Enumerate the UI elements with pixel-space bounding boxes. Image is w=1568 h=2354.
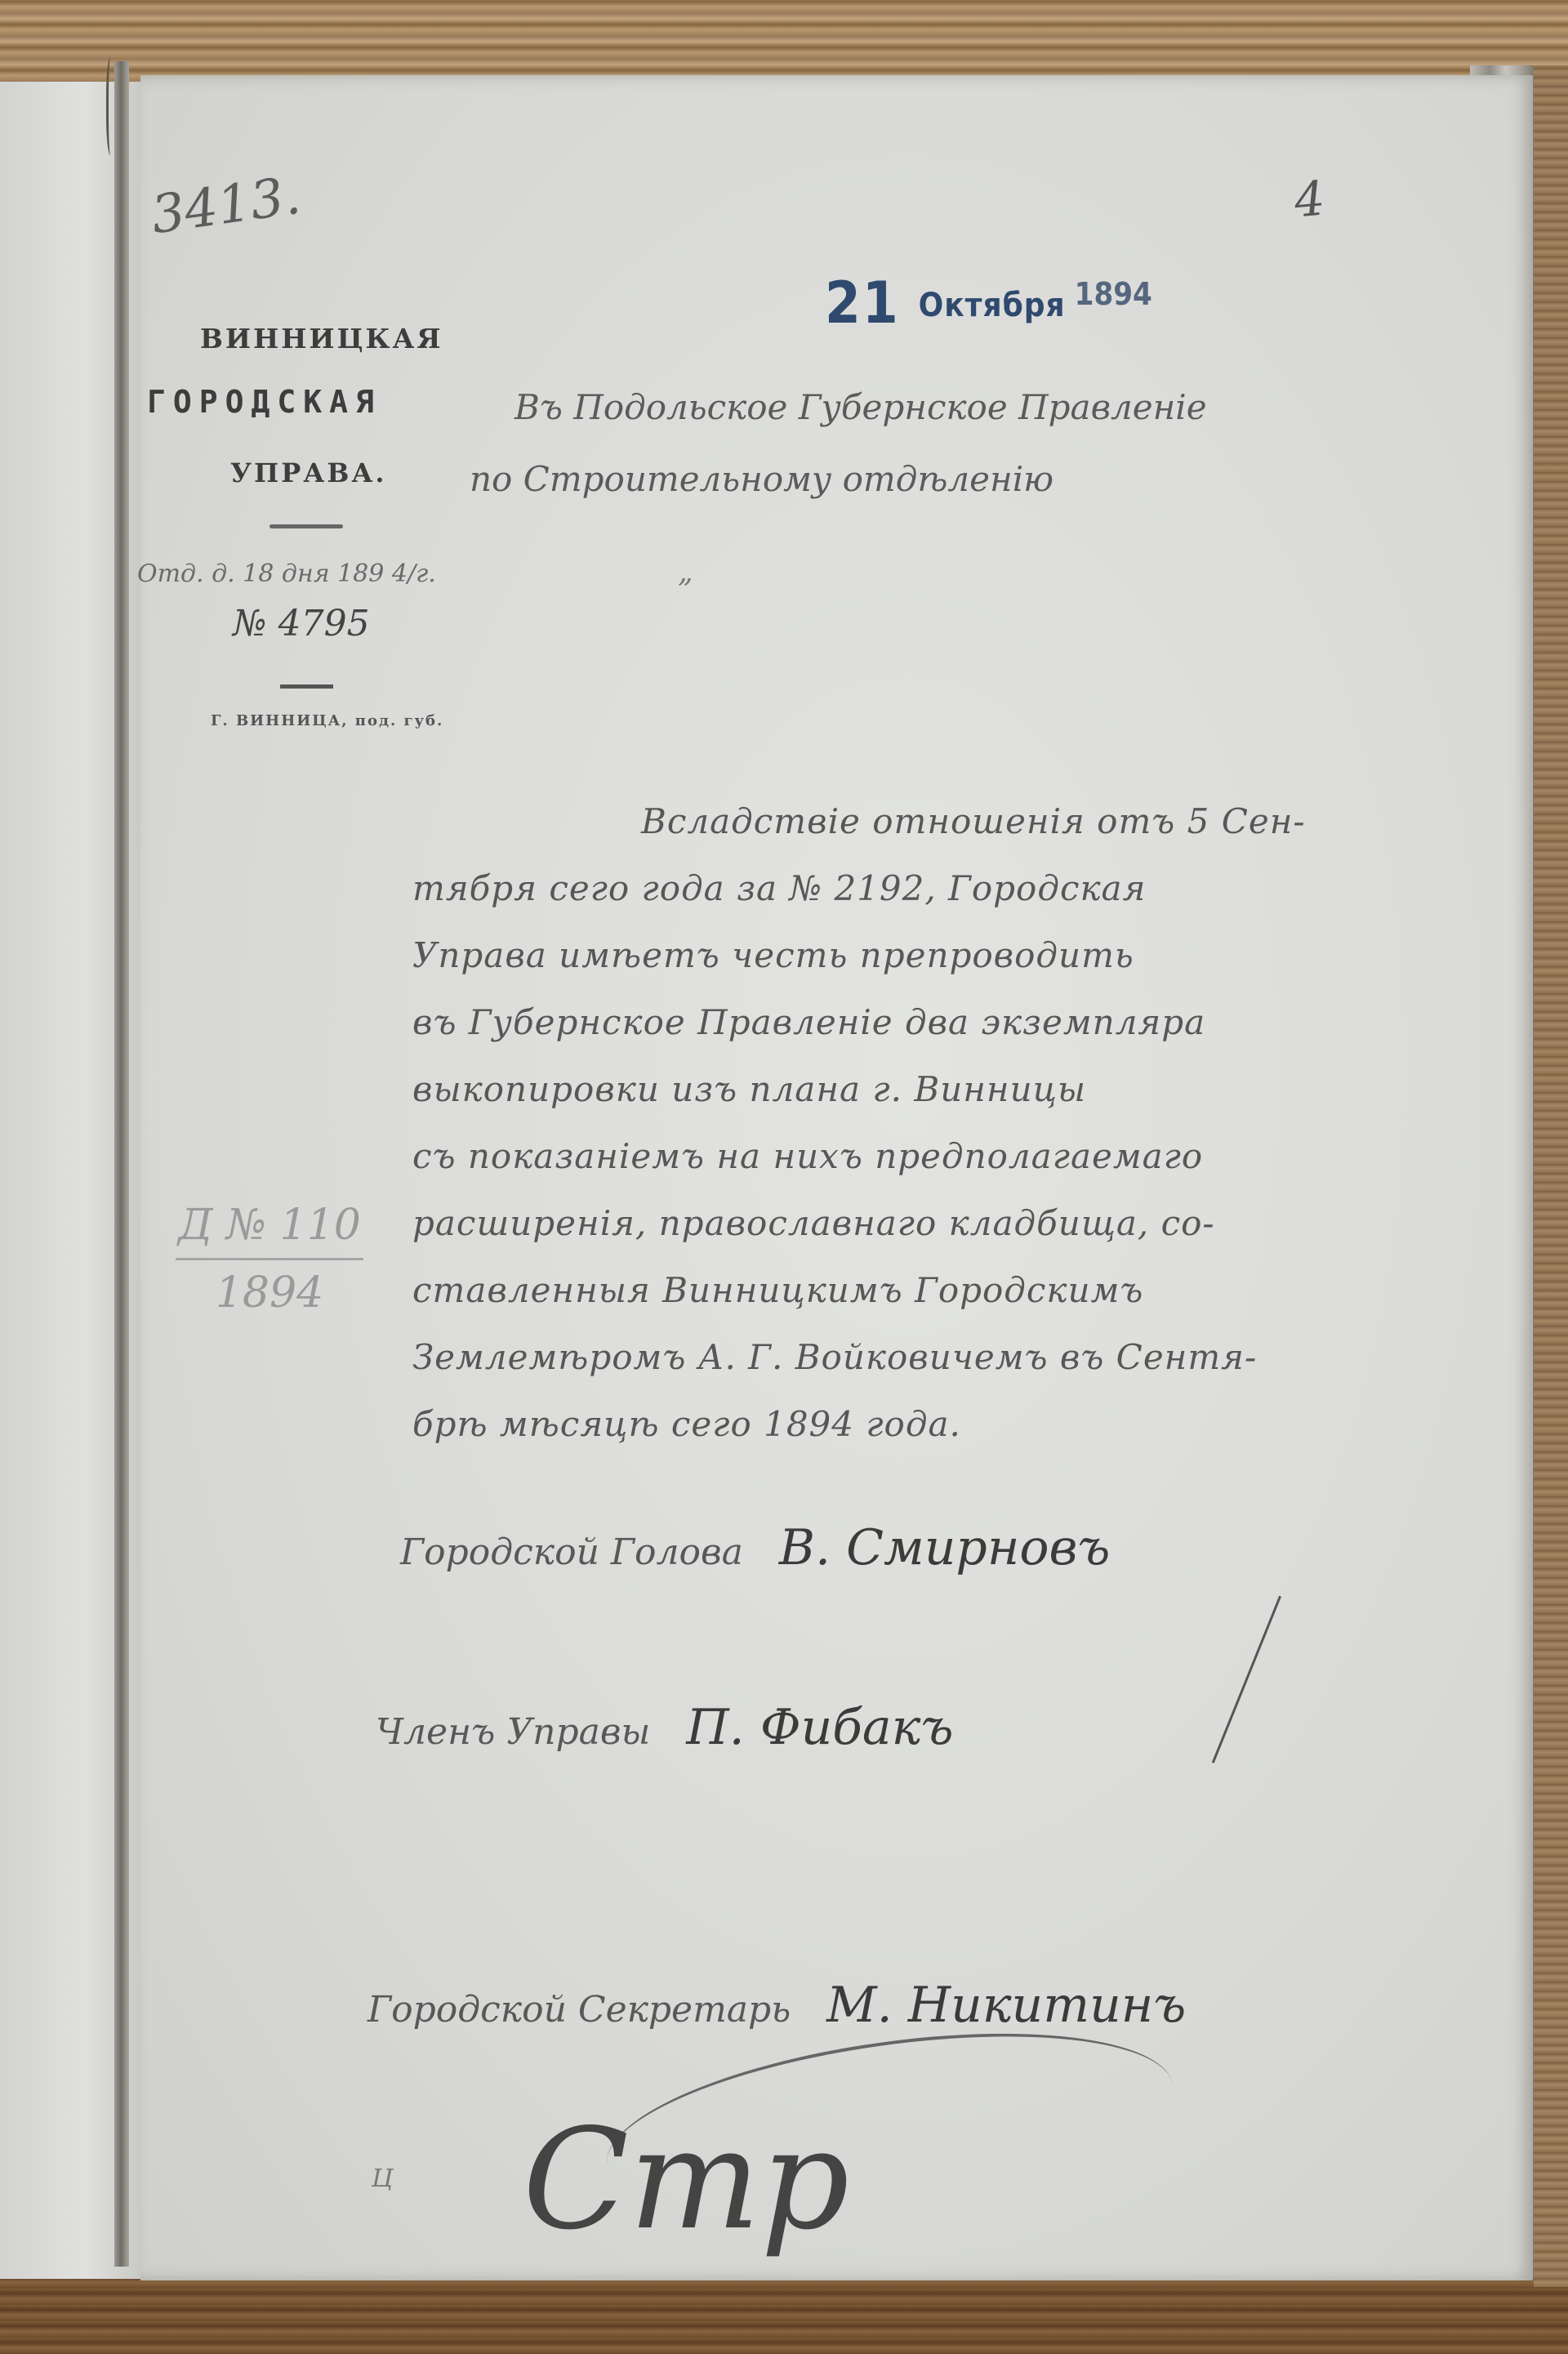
addressee-line-2: по Строительному отдѣленiю	[470, 444, 1494, 515]
bottom-small-mark: Ц	[372, 2165, 393, 2193]
body-line: выкопировки изъ плана г. Винницы	[412, 1056, 1490, 1123]
stamp-month: Октября	[919, 287, 1066, 324]
signature-title: Членъ Управы	[376, 1711, 650, 1753]
body-line: расширенiя, православнаго кладбища, со-	[412, 1190, 1490, 1257]
letterhead-line-3: УПРАВА.	[230, 457, 387, 488]
body-line: тября сего года за № 2192, Городская	[412, 855, 1490, 922]
book-spine	[114, 61, 129, 2267]
signature-title: Городской Секретарь	[367, 1989, 791, 2031]
signature-name: М. Никитинъ	[826, 1977, 1186, 2034]
wooden-table-right	[1534, 65, 1568, 2287]
signature-mayor: Городской Голова В. Смирновъ	[400, 1519, 1110, 1576]
received-stamp: 21 Октября 1894	[825, 270, 1152, 337]
pencil-margin-note: Д № 110 1894	[176, 1193, 363, 1326]
addressee-line-1: Въ Подольское Губернское Правленiе	[514, 372, 1494, 444]
signature-secretary: Городской Секретарь М. Никитинъ	[367, 1977, 1186, 2034]
body-line: Всладствiе отношенiя отъ 5 Сен-	[412, 788, 1490, 855]
body-line: Управа имѣетъ честь препроводить	[412, 922, 1490, 989]
outgoing-number: № 4795	[233, 603, 370, 644]
wooden-table-bottom	[0, 2279, 1568, 2354]
margin-note-top: Д № 110	[178, 1201, 361, 1250]
body-line: ставленныя Винницкимъ Городскимъ	[412, 1257, 1490, 1324]
letterhead-line-1: ВИННИЦКАЯ	[200, 323, 443, 354]
addressee-block: Въ Подольское Губернское Правленiе по Ст…	[514, 372, 1494, 515]
letterhead-city: Г. ВИННИЦА, под. губ.	[211, 712, 443, 729]
quote-mark: „	[678, 555, 693, 589]
signature-title: Городской Голова	[400, 1531, 743, 1573]
body-line: брѣ мѣсяцѣ сего 1894 года.	[412, 1391, 1490, 1458]
margin-note-bottom: 1894	[216, 1268, 323, 1317]
number-underline	[280, 684, 333, 689]
letterhead-line-2: ГОРОДСКАЯ	[147, 384, 381, 420]
stamp-year: 1894	[1075, 276, 1152, 312]
letterhead-date: Отд. д. 18 дня 189 4/г.	[137, 560, 436, 588]
letterhead-divider	[269, 524, 343, 528]
bottom-signature-mark: Стр	[523, 2099, 849, 2261]
margin-note-rule	[176, 1258, 363, 1260]
wooden-table-top	[0, 0, 1568, 82]
stamp-day: 21	[825, 270, 900, 337]
body-line: въ Губернское Правленiе два экземпляра	[412, 989, 1490, 1056]
page-number: 4	[1292, 171, 1327, 229]
binding-string	[106, 57, 117, 155]
signature-name: В. Смирновъ	[779, 1519, 1111, 1576]
body-line: Землемѣромъ А. Г. Войковичемъ въ Сентя-	[412, 1324, 1490, 1391]
signature-board-member: Членъ Управы П. Фибакъ	[376, 1699, 953, 1756]
body-line: съ показанiемъ на нихъ предполагаемаго	[412, 1123, 1490, 1190]
signature-name: П. Фибакъ	[686, 1699, 953, 1756]
letter-body: Всладствiе отношенiя отъ 5 Сен- тября се…	[412, 788, 1490, 1458]
